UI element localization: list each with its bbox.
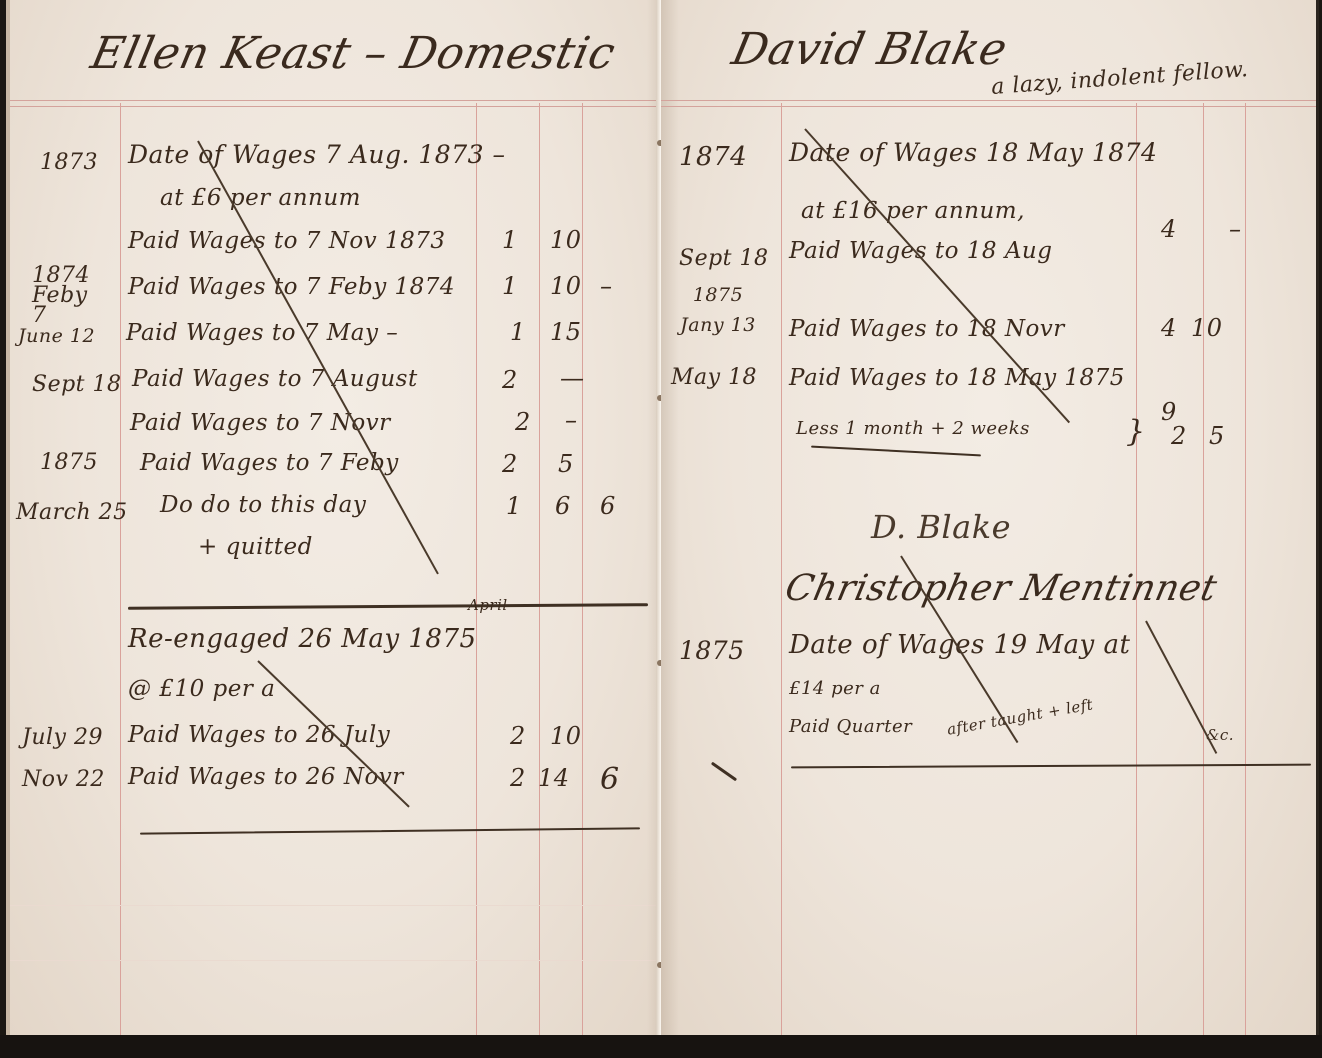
entry-pounds: 1	[502, 272, 518, 300]
entry-date: 1875 Jany 13	[673, 280, 763, 340]
entry-pounds: 1	[506, 492, 522, 520]
entry-description: Paid Wages to 18 May 1875	[789, 362, 1149, 394]
entry-shillings: 10	[550, 722, 582, 750]
header-rule	[661, 100, 1316, 107]
entry-description: Date of Wages 18 May 1874	[789, 138, 1157, 167]
entry-shillings: 10	[550, 272, 582, 300]
cancellation-stroke	[1145, 621, 1217, 754]
stray-ink-mark	[711, 762, 737, 782]
section-heading: Christopher Mentinnet	[782, 568, 1221, 609]
entry-description: Paid Quarter	[789, 716, 912, 737]
entry-description: Date of Wages 7 Aug. 1873 –	[128, 140, 505, 169]
page-heading: Ellen Keast – Domestic	[87, 28, 620, 79]
entry-description: Paid Wages to 26 Novr	[128, 764, 404, 790]
entry-pounds: 2	[510, 722, 526, 750]
entry-date: March 25	[16, 500, 128, 525]
entry-description: £14 per a	[789, 678, 881, 699]
entry-shillings: –	[565, 406, 578, 434]
section-end-rule	[140, 827, 640, 834]
entry-description: Paid Wages to 7 August	[132, 366, 418, 392]
entry-pounds: 2	[502, 450, 518, 478]
entry-date: May 18	[671, 365, 757, 390]
entry-shillings: 15	[550, 318, 582, 346]
entry-shillings: 10	[1191, 314, 1223, 342]
entry-date: June 12	[18, 325, 95, 347]
entry-description: Paid Wages to 7 Feby 1874	[128, 274, 455, 300]
right-page: David Blake a lazy, indolent fellow. 187…	[661, 0, 1319, 1040]
entry-date: July 29	[22, 725, 103, 750]
entry-shillings: 10	[550, 226, 582, 254]
entry-description: Less 1 month + 2 weeks	[796, 418, 1030, 439]
entry-date: Sept 18	[679, 246, 769, 271]
entry-description: Paid Wages to 7 May –	[126, 320, 398, 346]
entry-description: at £6 per annum	[160, 185, 361, 211]
entry-description: Paid Wages to 7 Nov 1873	[128, 228, 446, 254]
entry-pounds: 2	[515, 408, 531, 436]
section-end-rule	[791, 764, 1311, 769]
entry-pounds: 1	[502, 226, 518, 254]
entry-pence: 6	[600, 492, 616, 520]
pence-column-rule	[1245, 103, 1246, 1040]
entry-date: Nov 22	[22, 767, 105, 792]
section-separator	[128, 603, 648, 610]
entry-description: Re-engaged 26 May 1875	[128, 624, 477, 654]
table-surface-shadow	[0, 1035, 1322, 1058]
entry-description: Paid Wages to 26 July	[128, 722, 390, 748]
entry-shillings: 14	[538, 764, 570, 792]
shillings-column-rule	[539, 103, 540, 1040]
marginal-note: after taught + left	[946, 695, 1095, 738]
entry-shillings: 5	[1209, 422, 1225, 450]
entry-description: Paid Wages to 7 Feby	[140, 450, 399, 476]
page-heading: David Blake	[728, 24, 1012, 75]
entry-pounds: 2	[510, 764, 526, 792]
entry-shillings: 5	[558, 450, 574, 478]
entry-description: @ £10 per a	[128, 676, 275, 702]
entry-date: 1875	[40, 450, 98, 475]
faint-line	[10, 905, 665, 906]
date-column-rule	[781, 103, 782, 1040]
entry-description: Paid Wages to 7 Novr	[130, 410, 391, 436]
entry-date: 1873	[40, 150, 98, 175]
faint-line	[10, 960, 665, 961]
entry-description: Paid Wages to 18 Novr	[789, 316, 1065, 342]
entry-date: 1875	[679, 636, 745, 665]
entry-description: Date of Wages 19 May at	[789, 630, 1130, 660]
entry-shillings: –	[1229, 215, 1242, 243]
entry-date: Sept 18	[32, 372, 122, 397]
entry-date: 1874 Feby 7	[32, 266, 92, 326]
entry-pounds: 4	[1161, 314, 1177, 342]
entry-pounds: 2	[502, 366, 518, 394]
entry-pounds: 4	[1161, 215, 1177, 243]
pounds-column-rule	[476, 103, 477, 1040]
left-page: Ellen Keast – Domestic 1873 Date of Wage…	[6, 0, 665, 1040]
entry-description: + quitted	[198, 534, 313, 560]
entry-description: Do do to this day	[160, 492, 366, 518]
entry-pence: –	[600, 272, 613, 300]
entry-pounds: 1	[510, 318, 526, 346]
underline	[811, 446, 981, 457]
heading-annotation: a lazy, indolent fellow.	[990, 57, 1249, 100]
entry-date: 1874	[679, 142, 747, 172]
entry-pounds: 2	[1171, 422, 1187, 450]
superscript-correction: April	[468, 596, 508, 614]
brace-symbol: }	[1126, 414, 1146, 449]
entry-pence: 6	[600, 762, 620, 797]
open-ledger-book: Ellen Keast – Domestic 1873 Date of Wage…	[0, 0, 1322, 1058]
pence-column-rule	[582, 103, 583, 1040]
signature: D. Blake	[871, 508, 1011, 546]
date-column-rule	[120, 103, 121, 1040]
entry-shillings: —	[560, 364, 585, 392]
header-rule	[10, 100, 665, 107]
entry-shillings: 6	[555, 492, 571, 520]
entry-description: at £16 per annum,	[801, 198, 1025, 224]
